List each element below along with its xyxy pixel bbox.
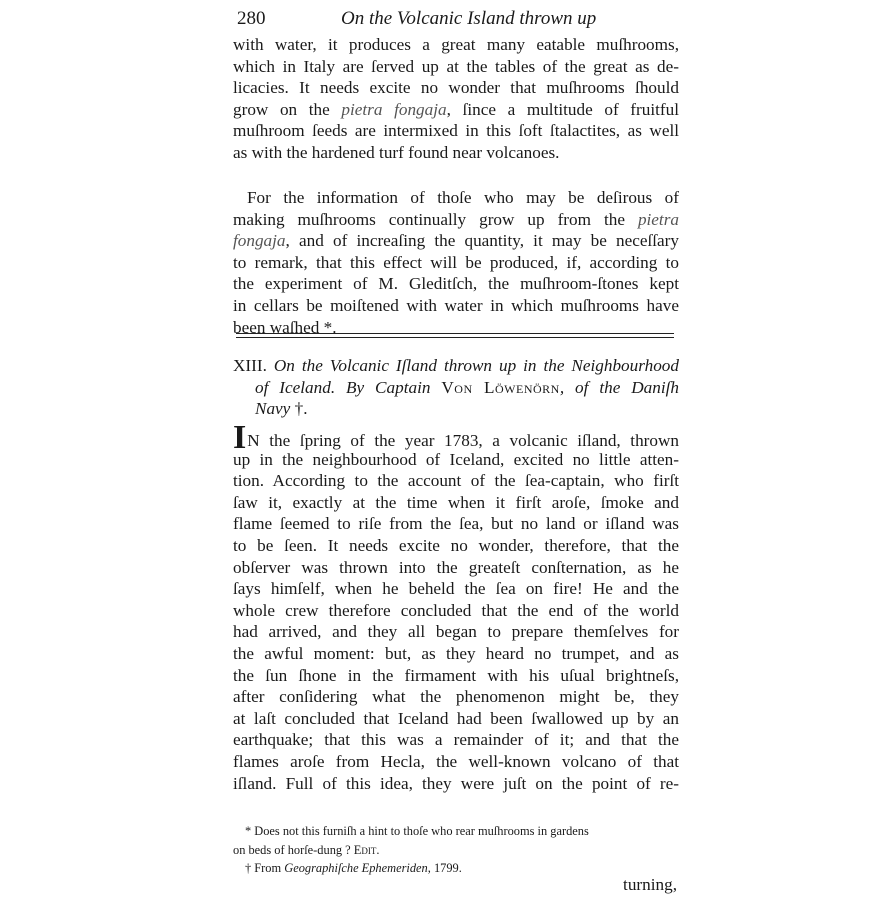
footnote-run: , 1799. (428, 861, 462, 875)
text-line: ſaw it, exactly at the time when it firſ… (233, 492, 679, 514)
italic-term: fongaja (233, 231, 286, 250)
text-line: with water, it produces a great many eat… (233, 34, 679, 56)
running-head: 280 On the Volcanic Island thrown up (233, 8, 679, 32)
text-line: iſland. Full of this idea, they were juſ… (233, 773, 679, 795)
text-line: IN the ſpring of the year 1783, a volcan… (233, 427, 679, 449)
text-line: which in Italy are ſerved up at the tabl… (233, 56, 679, 78)
heading-line: XIII. On the Volcanic Iſland thrown up i… (233, 355, 679, 377)
heading-run: Navy (255, 399, 290, 418)
paragraph-information: For the information of thoſe who may be … (233, 187, 679, 338)
text-line: the experiment of M. Gleditſch, the muſh… (233, 273, 679, 295)
text-run: N the ſpring of the year 1783, a volcani… (247, 431, 679, 450)
article-title: On the Volcanic Iſland thrown up in the … (274, 356, 679, 375)
source-title: Geographiſche Ephemeriden (284, 861, 428, 875)
paragraph-continued: with water, it produces a great many eat… (233, 34, 679, 164)
text-line: as with the hardened turf found near vol… (233, 142, 679, 164)
page-number: 280 (237, 8, 266, 30)
heading-run: of Iceland. By Captain (255, 378, 441, 397)
article-number: XIII. (233, 356, 267, 375)
footnote-dagger: † From Geographiſche Ephemeriden, 1799. (233, 859, 679, 878)
text-line: in cellars be moiſtened with water in wh… (233, 295, 679, 317)
text-line: the awful moment: but, as they heard no … (233, 643, 679, 665)
italic-term: pietra fongaja (341, 100, 446, 119)
heading-line: Navy †. (233, 398, 679, 420)
catchword: turning, (623, 875, 677, 895)
footnote-run: † From (245, 861, 284, 875)
text-run: grow on the (233, 100, 341, 119)
text-line: at laſt concluded that Iceland had been … (233, 708, 679, 730)
text-line: muſhroom ſeeds are intermixed in this ſo… (233, 120, 679, 142)
text-run: , ſince a multitude of fruitful (447, 100, 679, 119)
text-run: , and of increaſing the quantity, it may… (286, 231, 679, 250)
heading-line: of Iceland. By Captain Von Löwenörn, of … (233, 377, 679, 399)
article-body: IN the ſpring of the year 1783, a volcan… (233, 427, 679, 794)
text-line: ſays himſelf, when he beheld the ſea on … (233, 578, 679, 600)
text-line: to remark, that this effect will be prod… (233, 252, 679, 274)
text-line: had arrived, and they all began to prepa… (233, 621, 679, 643)
footnotes: * Does not this furniſh a hint to thoſe … (233, 822, 679, 878)
heading-run: , of the Daniſh (560, 378, 679, 397)
text-line: grow on the pietra fongaja, ſince a mult… (233, 99, 679, 121)
text-line: earthquake; that this was a remainder of… (233, 729, 679, 751)
text-line: tion. According to the account of the ſe… (233, 470, 679, 492)
italic-term: pietra (638, 210, 679, 229)
article-heading: XIII. On the Volcanic Iſland thrown up i… (233, 355, 679, 420)
editor-mark: Edit. (354, 843, 380, 857)
running-title: On the Volcanic Island thrown up (341, 8, 596, 30)
footnote-asterisk: * Does not this furniſh a hint to thoſe … (233, 822, 679, 841)
text-line: fongaja, and of increaſing the quantity,… (233, 230, 679, 252)
text-line: licacies. It needs excite no wonder that… (233, 77, 679, 99)
text-line: For the information of thoſe who may be … (233, 187, 679, 209)
text-line: flames aroſe from Hecla, the well-known … (233, 751, 679, 773)
dagger-mark: †. (290, 399, 307, 418)
text-line: the ſun ſhone in the firmament with his … (233, 665, 679, 687)
text-line: flame ſeemed to riſe from the ſea, but n… (233, 513, 679, 535)
text-line: making muſhrooms continually grow up fro… (233, 209, 679, 231)
text-line: up in the neighbourhood of Iceland, exci… (233, 449, 679, 471)
footnote-line: on beds of horſe-dung ? Edit. (233, 841, 679, 860)
text-run: making muſhrooms continually grow up fro… (233, 210, 638, 229)
text-line: obſerver was thrown into the greateſt co… (233, 557, 679, 579)
section-divider-rule (236, 333, 674, 338)
author-name: Von Löwenörn (441, 378, 559, 397)
text-line: after conſidering what the phenomenon mi… (233, 686, 679, 708)
text-line: to be ſeen. It needs excite no wonder, t… (233, 535, 679, 557)
footnote-run: on beds of horſe-dung ? (233, 843, 354, 857)
text-line: whole crew therefore concluded that the … (233, 600, 679, 622)
